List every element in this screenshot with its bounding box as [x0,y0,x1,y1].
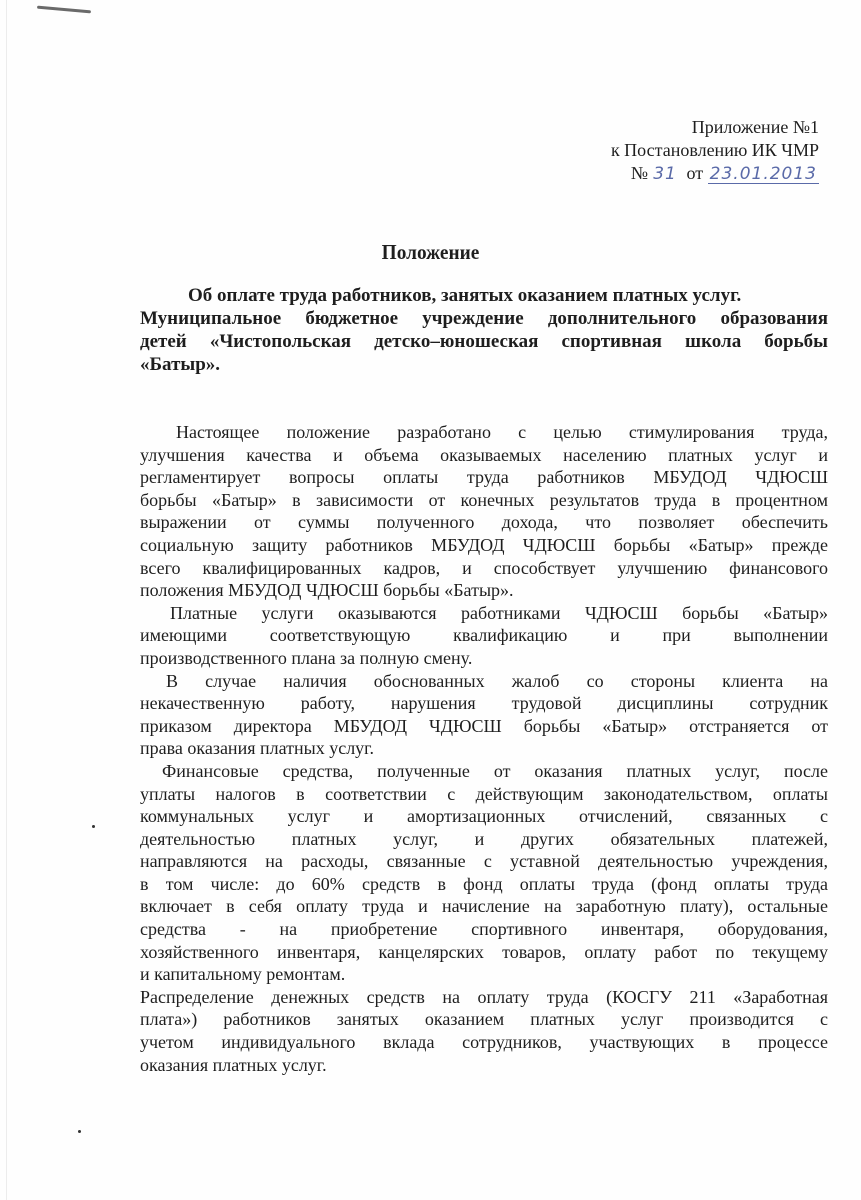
appendix-header: Приложение №1 к Постановлению ИК ЧМР №31… [611,116,819,186]
text-line: в том числе: до 60% средств в фонд оплат… [140,873,828,896]
handwritten-number: 31 [648,163,682,186]
text-line: улучшения качества и объема оказываемых … [140,444,828,467]
subtitle-line: детей «Чистопольская детско–юношеская сп… [140,330,828,353]
text-line: всего квалифицированных кадров, и способ… [140,557,828,580]
scan-edge [6,0,7,1200]
text-line: производственного плана за полную смену. [140,647,828,670]
document-page: Приложение №1 к Постановлению ИК ЧМР №31… [0,0,861,1200]
text-line: имеющими соответствующую квалификацию и … [140,624,828,647]
text-line: включает в себя оплату труда и начислени… [140,895,828,918]
text-line: уплаты налогов в соответствии с действую… [140,783,828,806]
text-line: и капитальному ремонтам. [140,963,828,986]
text-line: борьбы «Батыр» в зависимости от конечных… [140,489,828,512]
subtitle-line: Об оплате труда работников, занятых оказ… [140,284,828,307]
text-line: выражении от суммы полученного дохода, ч… [140,511,828,534]
document-body: Настоящее положение разработано с целью … [140,421,828,1076]
text-line: Платные услуги оказываются работниками Ч… [140,602,828,625]
subtitle-line: «Батыр». [140,353,828,376]
text-line: регламентирует вопросы оплаты труда рабо… [140,466,828,489]
text-line: хозяйственного инвентаря, канцелярских т… [140,941,828,964]
document-subtitle: Об оплате труда работников, занятых оказ… [140,284,828,376]
text-line: Распределение денежных средств на оплату… [140,986,828,1009]
document-title: Положение [34,240,826,265]
paragraph-paid-services: Платные услуги оказываются работниками Ч… [140,602,828,670]
text-line: деятельностью платных услуг, и других об… [140,828,828,851]
pen-mark [37,6,91,14]
text-line: В случае наличия обоснованных жалоб со с… [140,670,828,693]
text-line: права оказания платных услуг. [140,737,828,760]
paragraph-distribution: Распределение денежных средств на оплату… [140,986,828,1076]
text-line: направляются на расходы, связанные с уст… [140,850,828,873]
text-line: средства - на приобретение спортивного и… [140,918,828,941]
text-line: положения МБУДОД ЧДЮСШ борьбы «Батыр». [140,579,828,602]
subtitle-line: Муниципальное бюджетное учреждение допол… [140,307,828,330]
text-line: Настоящее положение разработано с целью … [140,421,828,444]
date-prefix: от [687,163,704,183]
handwritten-date: 23.01.2013 [708,165,819,184]
paragraph-complaints: В случае наличия обоснованных жалоб со с… [140,670,828,760]
resolution-number-date: №31 от 23.01.2013 [611,162,819,186]
text-line: коммунальных услуг и амортизационных отч… [140,805,828,828]
text-line: учетом индивидуального вклада сотруднико… [140,1031,828,1054]
number-prefix: № [631,163,648,183]
text-line: некачественную работу, нарушения трудово… [140,692,828,715]
text-line: приказом директора МБУДОД ЧДЮСШ борьбы «… [140,715,828,738]
paragraph-purpose: Настоящее положение разработано с целью … [140,421,828,602]
resolution-reference: к Постановлению ИК ЧМР [611,139,819,162]
paragraph-finances: Финансовые средства, полученные от оказа… [140,760,828,986]
text-line: плата») работников занятых оказанием пла… [140,1008,828,1031]
scan-speck [78,1130,81,1133]
text-line: Финансовые средства, полученные от оказа… [140,760,828,783]
text-line: оказания платных услуг. [140,1054,828,1077]
text-line: социальную защиту работников МБУДОД ЧДЮС… [140,534,828,557]
appendix-label: Приложение №1 [611,116,819,139]
scan-speck [92,825,95,828]
